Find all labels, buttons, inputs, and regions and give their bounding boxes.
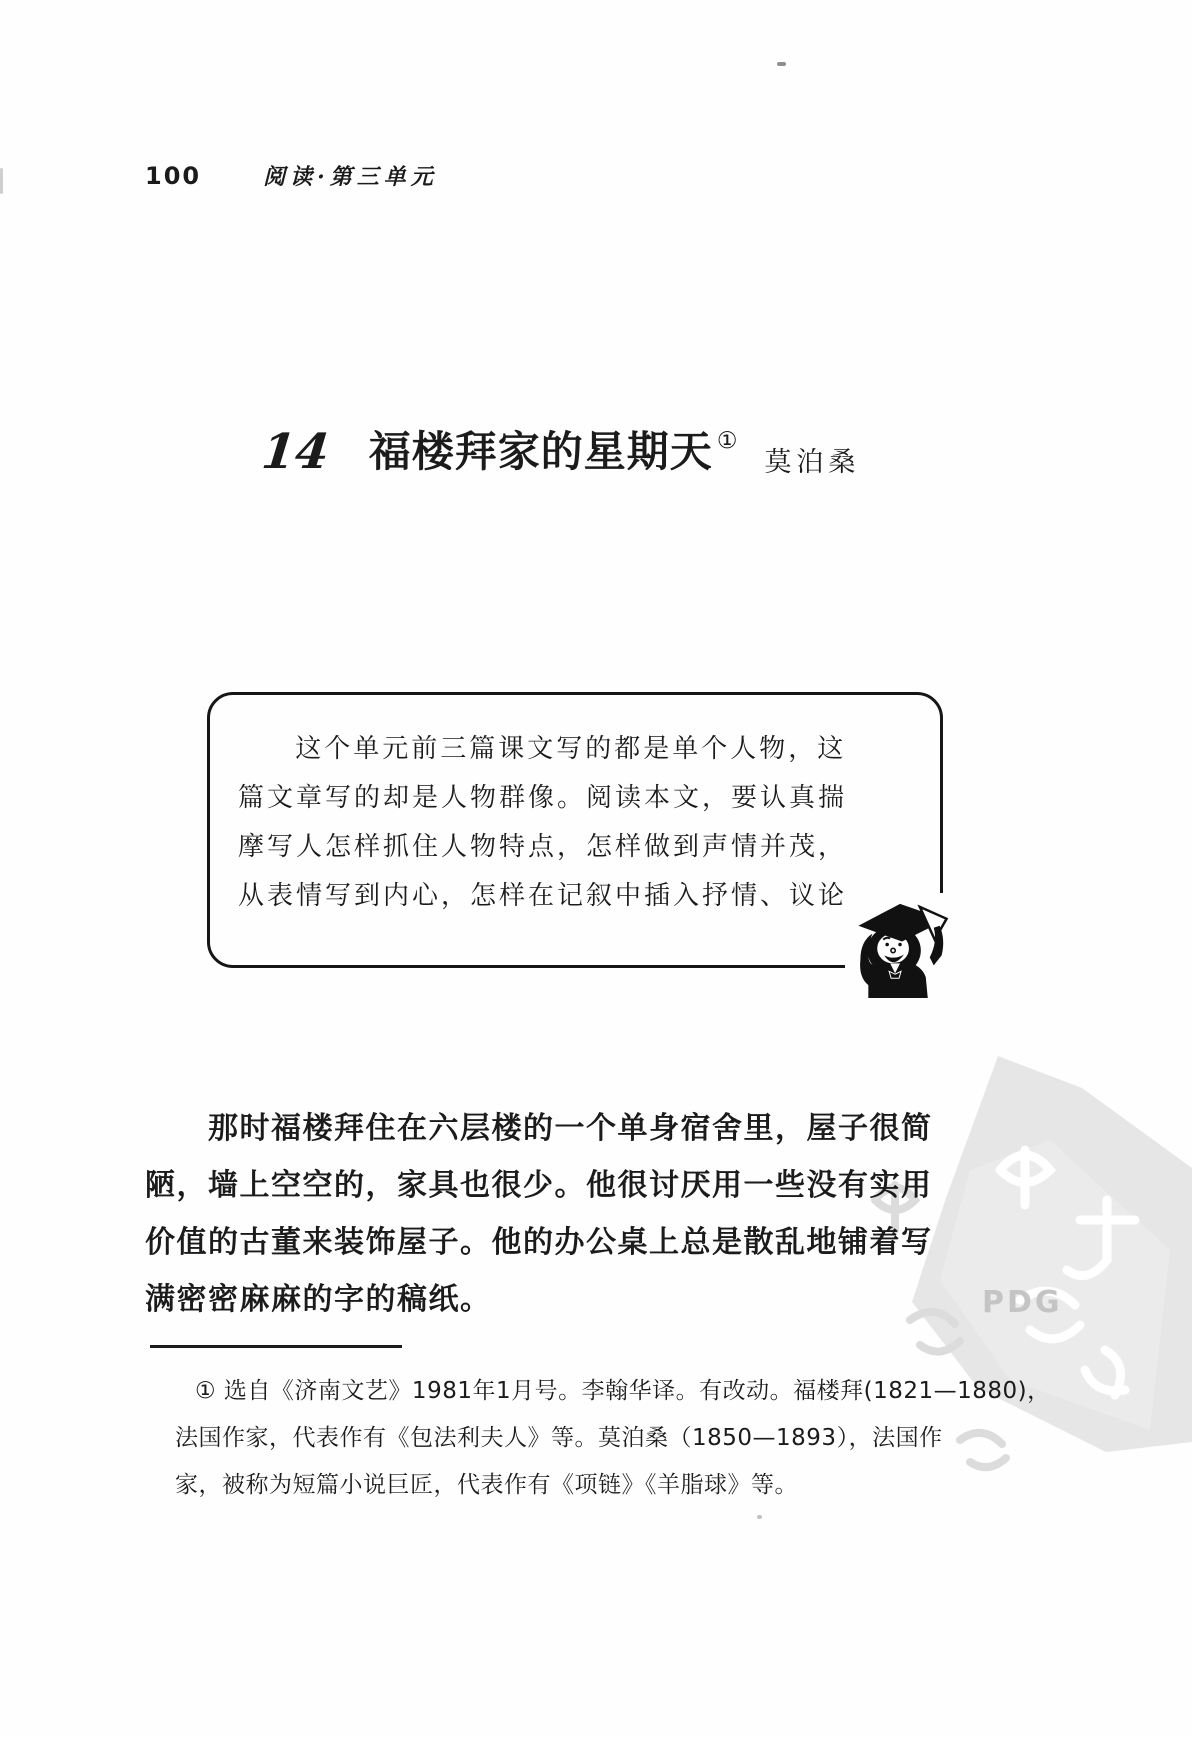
- author-name: 莫泊桑: [764, 440, 860, 479]
- footnote-divider: [150, 1345, 402, 1348]
- footnote-line: ① 选自《济南文艺》1981年1月号。李翰华译。有改动。福楼拜(1821—188…: [195, 1368, 965, 1415]
- mascot-eye: [885, 943, 889, 947]
- running-header-title: 阅读·第三单元: [263, 160, 438, 191]
- lesson-title: 福楼拜家的星期天①: [369, 427, 739, 477]
- graduate-kid-mascot-illustration: [848, 896, 958, 1000]
- body-line: 满密密麻麻的字的稿纸。: [145, 1271, 965, 1328]
- mascot-eye: [898, 943, 902, 947]
- watermark-label: PDG: [982, 1285, 1063, 1320]
- lesson-number: 14: [259, 424, 332, 480]
- intro-line: 摩写人怎样抓住人物特点，怎样做到声情并茂，: [238, 823, 862, 872]
- footnote-reference-mark: ①: [717, 428, 739, 454]
- unit-intro-box: 这个单元前三篇课文写的都是单个人物，这 篇文章写的却是人物群像。阅读本文，要认真…: [207, 692, 943, 968]
- page-number: 100: [145, 162, 201, 190]
- lesson-title-text: 福楼拜家的星期天: [369, 427, 713, 476]
- footnote-line: 家，被称为短篇小说巨匠，代表作有《项链》《羊脂球》等。: [175, 1462, 965, 1509]
- intro-line: 这个单元前三篇课文写的都是单个人物，这: [238, 725, 862, 774]
- body-line: 那时福楼拜住在六层楼的一个单身宿舍里，屋子很简: [145, 1100, 965, 1157]
- scan-artifact: [0, 168, 3, 194]
- intro-line: 从表情写到内心，怎样在记叙中插入抒情、议论。: [238, 872, 862, 921]
- intro-line: 篇文章写的却是人物群像。阅读本文，要认真揣: [238, 774, 862, 823]
- footnote-block: ① 选自《济南文艺》1981年1月号。李翰华译。有改动。福楼拜(1821—188…: [175, 1368, 965, 1509]
- page-header: 100 阅读·第三单元: [145, 160, 438, 191]
- body-line: 价值的古董来装饰屋子。他的办公桌上总是散乱地铺着写: [145, 1214, 965, 1271]
- lesson-title-block: 14 福楼拜家的星期天① 莫泊桑: [262, 424, 860, 480]
- footnote-line: 法国作家，代表作有《包法利夫人》等。莫泊桑（1850—1893），法国作: [175, 1415, 965, 1462]
- body-paragraph: 那时福楼拜住在六层楼的一个单身宿舍里，屋子很简 陋，墙上空空的，家具也很少。他很…: [145, 1100, 965, 1328]
- body-line: 陋，墙上空空的，家具也很少。他很讨厌用一些没有实用: [145, 1157, 965, 1214]
- textbook-page: PDG 100 阅读·第三单元 14 福楼拜家的星期天① 莫泊桑 这个单元前三篇…: [0, 0, 1192, 1737]
- scan-artifact: [777, 62, 786, 66]
- scan-artifact: [757, 1515, 762, 1519]
